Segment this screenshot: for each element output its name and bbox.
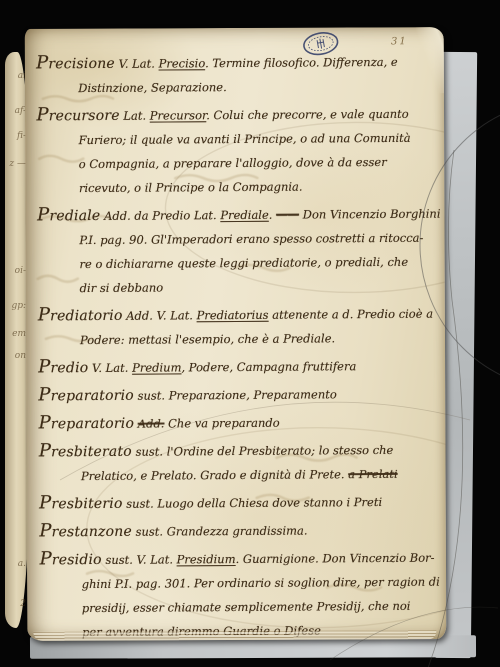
entry-text: Distinzione, Separazione.	[78, 80, 227, 95]
entry-headword: Prediale	[37, 203, 100, 228]
entry-text: Prelatico, e Prelato. Grado e dignità di…	[81, 467, 348, 483]
struck-text: a Prelati	[348, 467, 397, 481]
dictionary-entry: Prediatorio Add. V. Lat. Prediatorius at…	[38, 301, 440, 353]
entry-headword: Precisione	[36, 51, 115, 77]
entry-first-line: Presbiterato sust. l'Ordine del Presbite…	[39, 437, 441, 465]
latin-lemma: Prediatorius	[197, 308, 269, 323]
entry-first-line: Prediatorio Add. V. Lat. Prediatorius at…	[38, 301, 440, 329]
entry-text: ricevuto, o il Principe o la Compagnia.	[79, 180, 303, 196]
dictionary-entry: Preparatorio sust. Preparazione, Prepara…	[38, 381, 440, 409]
entry-line: per avventura diremmo Guardie o Difese	[40, 618, 442, 641]
entry-text: presidij, esser chiamate semplicemente P…	[82, 599, 411, 615]
entry-text: . Colui che precorre, e vale quanto	[206, 107, 409, 122]
entry-first-line: Prediale Add. da Predio Lat. Prediale. —…	[37, 201, 439, 229]
entry-text: dir si debbano	[80, 281, 164, 296]
entry-line: Prelatico, e Prelato. Grado e dignità di…	[39, 462, 441, 489]
entry-text: Don Vincenzio Borghini	[299, 207, 441, 222]
bleedthrough-fragment: gp:	[11, 302, 26, 311]
bleedthrough-fragment: 2	[20, 600, 26, 609]
entry-text: Add. V. Lat.	[123, 308, 197, 323]
struck-text: Add.	[138, 417, 165, 431]
bleedthrough-fragment: em	[12, 330, 26, 339]
entry-first-line: Predio V. Lat. Predium, Podere, Campagna…	[38, 353, 440, 381]
dictionary-entry: Precursore Lat. Precursor. Colui che pre…	[36, 101, 439, 201]
bleedthrough-fragment: on	[15, 352, 26, 361]
entry-text: .	[269, 208, 276, 222]
entry-text: . Termine filosofico. Differenza, e	[205, 55, 398, 70]
latin-lemma: Predium	[132, 360, 182, 374]
entry-line: presidij, esser chiamate semplicemente P…	[40, 594, 442, 621]
entry-text: Furiero; il quale va avanti il Principe,…	[79, 131, 411, 147]
entry-first-line: Prestanzone sust. Grandezza grandissima.	[39, 517, 441, 545]
dictionary-entry: Presbiterato sust. l'Ordine del Presbite…	[39, 437, 441, 489]
dictionary-entry: Prestanzone sust. Grandezza grandissima.	[39, 517, 441, 545]
folio-number: 31	[391, 36, 408, 47]
entry-headword: Prediatorio	[38, 303, 123, 329]
entry-text: sust. V. Lat.	[102, 552, 177, 567]
entry-text: P.I. pag. 90. Gl'Imperadori erano spesso…	[79, 231, 423, 247]
latin-lemma: Precursor	[150, 108, 207, 122]
entry-line: dir si debbano	[38, 274, 440, 301]
entry-headword: Prestanzone	[39, 519, 132, 545]
entry-line: o Compagnia, a preparare l'alloggio, dov…	[37, 150, 439, 177]
entry-first-line: Preparatorio sust. Preparazione, Prepara…	[38, 381, 440, 409]
entry-text: V. Lat.	[88, 361, 132, 375]
entry-first-line: Precisione V. Lat. Precisio. Termine fil…	[36, 49, 438, 77]
entry-line: Furiero; il quale va avanti il Principe,…	[37, 126, 439, 153]
struck-text: ——	[276, 208, 299, 222]
dictionary-entry: Preparatorio Add. Che va preparando	[38, 409, 440, 437]
entries: Precisione V. Lat. Precisio. Termine fil…	[36, 49, 442, 641]
entry-first-line: Preparatorio Add. Che va preparando	[38, 409, 440, 437]
entry-headword: Preparatorio	[38, 411, 134, 437]
entry-line: P.I. pag. 90. Gl'Imperadori erano spesso…	[37, 226, 439, 253]
dictionary-entry: Prediale Add. da Predio Lat. Prediale. —…	[37, 201, 440, 301]
dictionary-entry: Precisione V. Lat. Precisio. Termine fil…	[36, 49, 438, 101]
entry-headword: Presbiterio	[39, 491, 123, 517]
entry-text: attenente a d. Predio cioè a	[269, 307, 434, 322]
dictionary-entry: Presidio sust. V. Lat. Presidium. Guarni…	[39, 545, 442, 641]
scanned-manuscript-view: aiaf-fi-z —oi-gp:emona.2	[0, 0, 500, 667]
entry-line: Distinzione, Separazione.	[36, 74, 438, 101]
entry-text: Che va preparando	[164, 416, 279, 431]
entry-first-line: Presidio sust. V. Lat. Presidium. Guarni…	[39, 545, 441, 573]
entry-line: Podere: mettasi l'esempio, che è a Predi…	[38, 326, 440, 353]
bleedthrough-fragment: z —	[9, 160, 26, 169]
entry-line: re o dichiararne queste leggi prediatori…	[37, 250, 439, 277]
latin-lemma: Precisio	[159, 56, 206, 70]
entry-text: Add. da Predio Lat.	[100, 208, 220, 223]
latin-lemma: Prediale	[220, 208, 269, 222]
entry-text: sust. Preparazione, Preparamento	[134, 387, 337, 402]
entry-headword: Preparatorio	[38, 383, 134, 409]
bleedthrough-fragment: a.	[18, 560, 26, 569]
entry-headword: Precursore	[36, 103, 119, 129]
entry-text: ghini P.I. pag. 301. Per ordinario si so…	[82, 575, 440, 591]
entry-headword: Predio	[38, 355, 88, 380]
entry-text: V. Lat.	[115, 57, 159, 71]
entry-text: sust. Grandezza grandissima.	[132, 524, 308, 539]
entry-text: , Podere, Campagna fruttifera	[181, 359, 356, 374]
entry-headword: Presbiterato	[39, 439, 132, 465]
manuscript-page: 31 Precisione V. Lat. Precisio. Termine …	[25, 27, 447, 641]
entry-first-line: Presbiterio sust. Luogo della Chiesa dov…	[39, 489, 441, 517]
dictionary-entry: Presbiterio sust. Luogo della Chiesa dov…	[39, 489, 441, 517]
entry-text: Podere: mettasi l'esempio, che è a Predi…	[80, 331, 335, 347]
entry-headword: Presidio	[39, 547, 101, 572]
entry-line: ricevuto, o il Principe o la Compagnia.	[37, 174, 439, 201]
entry-text: sust. Luogo della Chiesa dove stanno i P…	[123, 495, 383, 511]
entry-text: . Guarnigione. Don Vincenzio Bor-	[236, 551, 435, 566]
entry-text: per avventura diremmo Guardie o Difese	[82, 623, 321, 639]
latin-lemma: Presidium	[177, 552, 236, 566]
entry-text: sust. l'Ordine del Presbiterato; lo stes…	[132, 443, 394, 459]
dictionary-entry: Predio V. Lat. Predium, Podere, Campagna…	[38, 353, 440, 381]
entry-text: o Compagnia, a preparare l'alloggio, dov…	[79, 155, 387, 171]
entry-text: Lat.	[120, 109, 150, 123]
entry-first-line: Precursore Lat. Precursor. Colui che pre…	[36, 101, 438, 129]
bleedthrough-fragment: oi-	[15, 267, 26, 276]
entry-text: re o dichiararne queste leggi prediatori…	[79, 255, 408, 271]
entry-line: ghini P.I. pag. 301. Per ordinario si so…	[40, 570, 442, 597]
